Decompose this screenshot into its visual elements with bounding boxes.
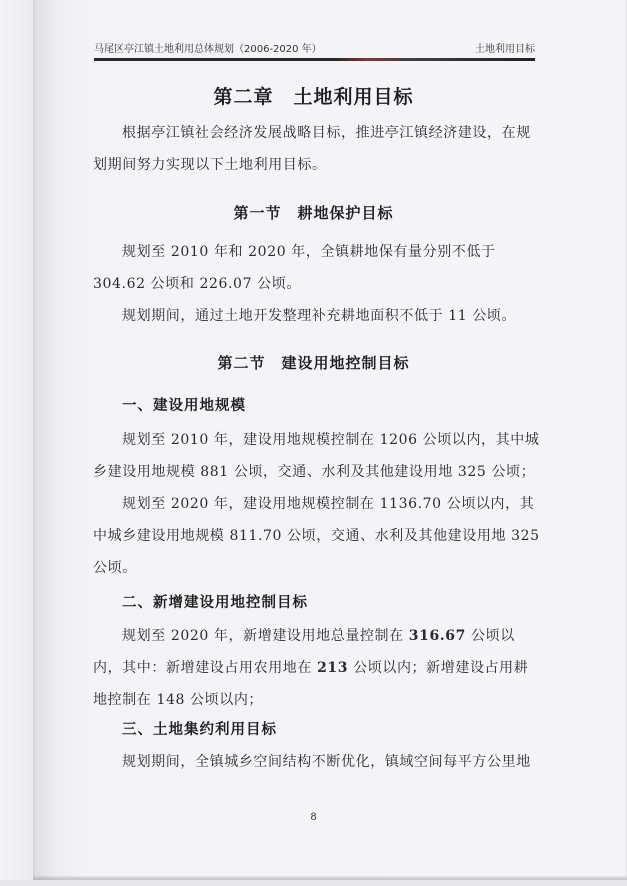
subsection-1-paragraph-2: 规划至 2020 年，建设用地规模控制在 1136.70 公顷以内，其中城乡建设…	[93, 488, 540, 584]
section-1-paragraph-1: 规划至 2010 年和 2020 年，全镇耕地保有量分别不低于 304.62 公…	[93, 236, 540, 300]
agricultural-land-value: 213	[317, 660, 348, 676]
subsection-3-paragraph: 规划期间，全镇城乡空间结构不断优化，镇域空间每平方公里地	[93, 746, 540, 778]
intro-paragraph: 根据亭江镇社会经济发展战略目标，推进亭江镇经济建设，在规划期间努力实现以下土地利…	[93, 117, 540, 181]
section-1-paragraph-2: 规划期间，通过土地开发整理补充耕地面积不低于 11 公顷。	[93, 300, 540, 332]
section-1-title: 第一节 耕地保护目标	[0, 202, 627, 223]
section-2-title: 第二节 建设用地控制目标	[0, 352, 627, 373]
scan-left-margin	[0, 0, 33, 886]
header-document-title: 马尾区亭江镇土地利用总体规划（2006-2020 年）	[94, 40, 322, 55]
subsection-2-title: 二、新增建设用地控制目标	[122, 591, 308, 612]
subsection-2-paragraph: 规划至 2020 年，新增建设用地总量控制在 316.67 公顷以内，其中：新增…	[93, 620, 540, 716]
subsection-1-paragraph-1: 规划至 2010 年，建设用地规模控制在 1206 公顷以内，其中城乡建设用地规…	[93, 424, 540, 488]
header-rule	[94, 58, 535, 61]
header-chapter-name: 土地利用目标	[475, 40, 535, 55]
new-construction-total-value: 316.67	[409, 628, 466, 644]
subsection-1-title: 一、建设用地规模	[122, 394, 246, 415]
text-run: 规划至 2020 年，新增建设用地总量控制在	[122, 628, 409, 644]
page-number: 8	[0, 812, 627, 823]
subsection-3-title: 三、土地集约利用目标	[122, 718, 277, 739]
running-header: 马尾区亭江镇土地利用总体规划（2006-2020 年） 土地利用目标	[94, 37, 535, 57]
chapter-title: 第二章 土地利用目标	[0, 82, 627, 109]
scan-bottom-margin	[0, 880, 627, 886]
